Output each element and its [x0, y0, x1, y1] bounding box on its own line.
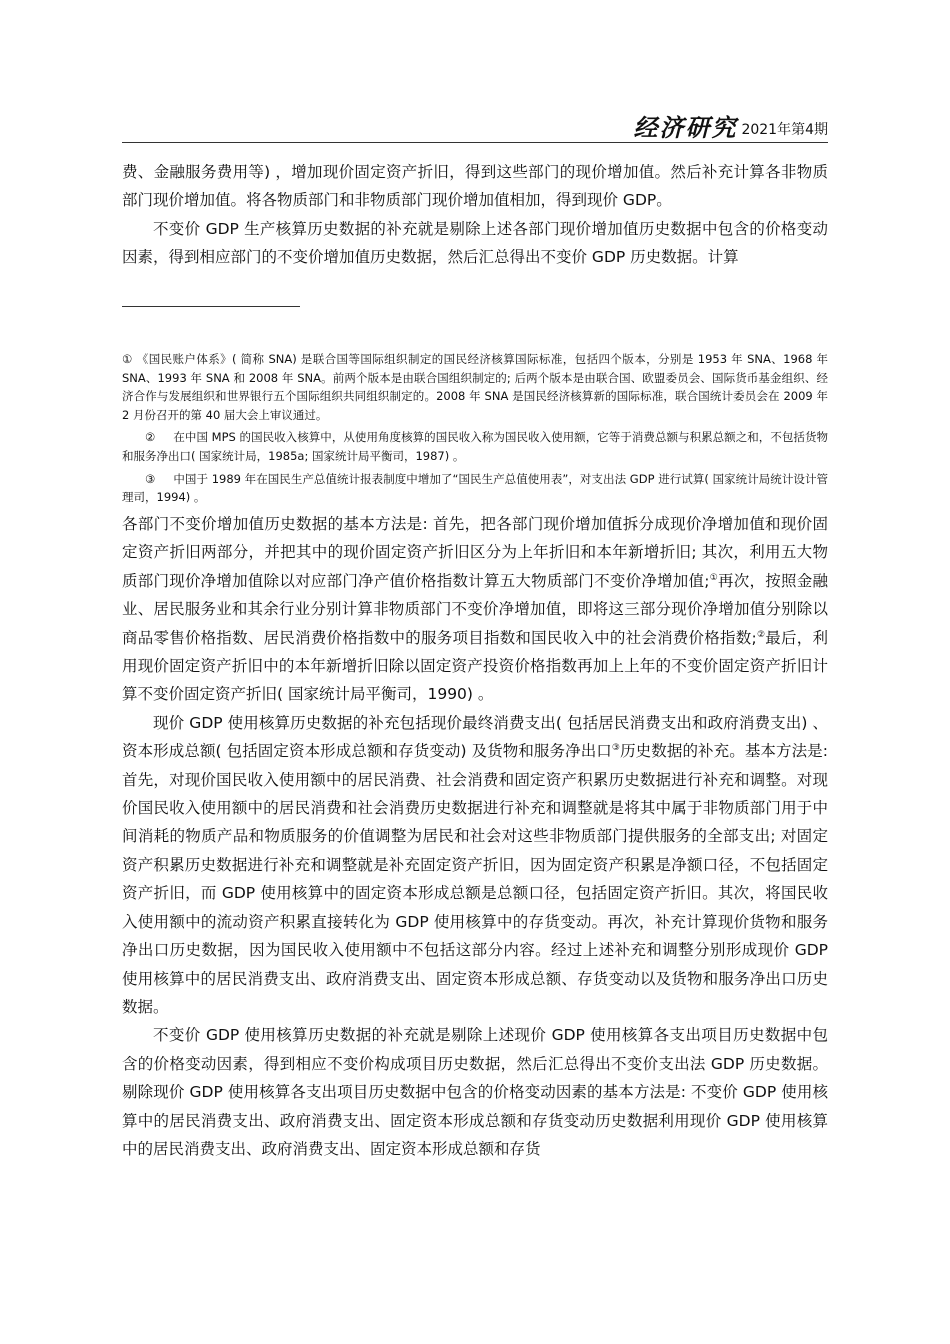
footnote-2-mark: ②: [145, 430, 155, 444]
footnote-separator: [122, 306, 300, 307]
top-text-block: 费、金融服务费用等) ，增加现价固定资产折旧，得到这些部门的现价增加值。然后补充…: [122, 158, 828, 272]
footnote-2: ②在中国 MPS 的国民收入核算中，从使用角度核算的国民收入称为国民收入使用额，…: [122, 428, 828, 465]
footnotes: ① 《国民账户体系》( 简称 SNA) 是联合国等国际组织制定的国民经济核算国际…: [122, 350, 828, 507]
footnote-3-text: 中国于 1989 年在国民生产总值统计报表制度中增加了“国民生产总值使用表”，对…: [122, 472, 828, 505]
footnote-1-mark: ①: [122, 352, 133, 366]
footnote-1: ① 《国民账户体系》( 简称 SNA) 是联合国等国际组织制定的国民经济核算国际…: [122, 350, 828, 424]
footnote-ref-3[interactable]: ③: [612, 743, 620, 753]
footnote-2-text: 在中国 MPS 的国民收入核算中，从使用角度核算的国民收入称为国民收入使用额，它…: [122, 430, 828, 463]
footnote-ref-2[interactable]: ②: [757, 629, 766, 639]
paragraph-constant-price-production: 不变价 GDP 生产核算历史数据的补充就是剔除上述各部门现价增加值历史数据中包含…: [122, 215, 828, 272]
footnote-3-mark: ③: [145, 472, 155, 486]
page-header: 经济研究 2021年第4期: [122, 112, 828, 143]
journal-issue: 2021年第4期: [741, 120, 828, 140]
journal-name: 经济研究: [633, 116, 737, 140]
main-text-block: 各部门不变价增加值历史数据的基本方法是: 首先，把各部门现价增加值拆分成现价净增…: [122, 510, 828, 1163]
footnote-3: ③中国于 1989 年在国民生产总值统计报表制度中增加了“国民生产总值使用表”，…: [122, 470, 828, 507]
paragraph-method-production: 各部门不变价增加值历史数据的基本方法是: 首先，把各部门现价增加值拆分成现价净增…: [122, 510, 828, 709]
footnote-ref-1[interactable]: ①: [710, 573, 719, 583]
paragraph-constant-price-expenditure: 不变价 GDP 使用核算历史数据的补充就是剔除上述现价 GDP 使用核算各支出项…: [122, 1021, 828, 1163]
paragraph-continued: 费、金融服务费用等) ，增加现价固定资产折旧，得到这些部门的现价增加值。然后补充…: [122, 158, 828, 215]
footnote-1-text: 《国民账户体系》( 简称 SNA) 是联合国等国际组织制定的国民经济核算国际标准…: [122, 352, 828, 422]
paragraph-current-price-expenditure: 现价 GDP 使用核算历史数据的补充包括现价最终消费支出( 包括居民消费支出和政…: [122, 709, 828, 1021]
journal-masthead: 经济研究 2021年第4期: [633, 116, 828, 140]
paragraph-text: 历史数据的补充。基本方法是: 首先，对现价国民收入使用额中的居民消费、社会消费和…: [122, 742, 828, 1016]
